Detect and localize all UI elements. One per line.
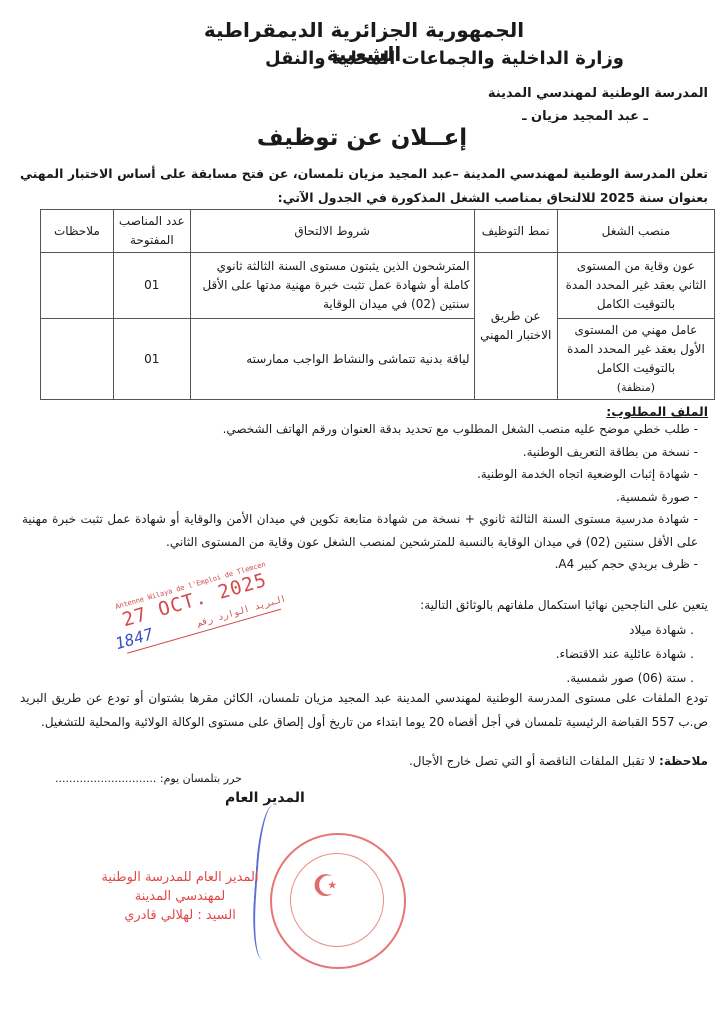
list-item: شهادة إثبات الوضعية اتجاه الخدمة الوطنية… xyxy=(22,463,708,486)
list-item: صورة شمسية. xyxy=(22,486,708,509)
list-item: طلب خطي موضح عليه منصب الشغل المطلوب مع … xyxy=(22,418,708,441)
list-item: شهادة مدرسية مستوى السنة الثالثة ثانوي +… xyxy=(22,508,708,553)
cell-recruitment-mode: عن طريق الاختبار المهني xyxy=(474,253,557,400)
col-open-positions: عدد المناصب المفتوحة xyxy=(113,210,190,253)
table-row: عامل مهني من المستوى الأول بعقد غير المح… xyxy=(41,319,715,400)
cell-position: عامل مهني من المستوى الأول بعقد غير المح… xyxy=(557,319,714,400)
school-header: المدرسة الوطنية لمهندسي المدينة xyxy=(488,86,708,101)
cell-conditions: لياقة بدنية تتماشى والنشاط الواجب ممارست… xyxy=(190,319,474,400)
page-title: إعــلان عن توظيف xyxy=(0,125,724,151)
cell-notes xyxy=(41,319,114,400)
signatory-title: المدير العام xyxy=(225,790,305,806)
intro-paragraph: تعلن المدرسة الوطنية لمهندسي المدينة –عب… xyxy=(20,162,708,210)
list-item: شهادة عائلية عند الاقتضاء. xyxy=(556,642,694,666)
required-file-list: طلب خطي موضح عليه منصب الشغل المطلوب مع … xyxy=(22,418,708,576)
table-row: عون وقاية من المستوى الثاني بعقد غير الم… xyxy=(41,253,715,319)
note-label: ملاحظة: xyxy=(659,754,708,768)
cell-open-positions: 01 xyxy=(113,319,190,400)
col-recruitment-mode: نمط التوظيف xyxy=(474,210,557,253)
cell-position: عون وقاية من المستوى الثاني بعقد غير الم… xyxy=(557,253,714,319)
official-seal-icon: ☪ xyxy=(270,833,406,969)
positions-table: منصب الشغل نمط التوظيف شروط الالتحاق عدد… xyxy=(40,209,715,400)
school-name: ـ عبد المجيد مزيان ـ xyxy=(522,109,708,124)
ministry-header: وزارة الداخلية والجماعات المحلية والنقل xyxy=(184,48,624,69)
dateline: حرر بتلمسان يوم: .......................… xyxy=(55,772,242,785)
required-file-heading: الملف المطلوب: xyxy=(606,404,708,419)
col-conditions: شروط الالتحاق xyxy=(190,210,474,253)
cell-open-positions: 01 xyxy=(113,253,190,319)
crescent-star-icon: ☪ xyxy=(312,869,339,904)
table-header-row: منصب الشغل نمط التوظيف شروط الالتحاق عدد… xyxy=(41,210,715,253)
position-subtitle: (منظفة) xyxy=(562,378,710,397)
list-item: نسخة من بطاقة التعريف الوطنية. xyxy=(22,441,708,464)
note: ملاحظة: لا تقبل الملفات الناقصة أو التي … xyxy=(409,754,708,768)
signature-stamp-block: المدير العام للمدرسة الوطنية لمهندسي الم… xyxy=(100,868,260,925)
cell-notes xyxy=(41,253,114,319)
list-item: ظرف بريدي حجم كبير A4. xyxy=(22,553,708,576)
note-text: لا تقبل الملفات الناقصة أو التي تصل خارج… xyxy=(409,754,659,768)
cell-conditions: المترشحون الذين يثبتون مستوى السنة الثال… xyxy=(190,253,474,319)
list-item: شهادة ميلاد xyxy=(556,618,694,642)
signature-line-3: السيد : لهلالي قادري xyxy=(100,906,260,925)
position-title: عامل مهني من المستوى الأول بعقد غير المح… xyxy=(562,321,710,378)
successful-candidates-list: شهادة ميلاد شهادة عائلية عند الاقتضاء. س… xyxy=(556,618,694,690)
col-position: منصب الشغل xyxy=(557,210,714,253)
signature-line-1: المدير العام للمدرسة الوطنية xyxy=(100,868,260,887)
successful-candidates-intro: يتعين على الناجحين نهائيا استكمال ملفاته… xyxy=(420,598,708,612)
recruitment-announcement-page: الجمهورية الجزائرية الديمقراطية الشعبية … xyxy=(0,0,724,1024)
col-notes: ملاحظات xyxy=(41,210,114,253)
signature-line-2: لمهندسي المدينة xyxy=(100,887,260,906)
